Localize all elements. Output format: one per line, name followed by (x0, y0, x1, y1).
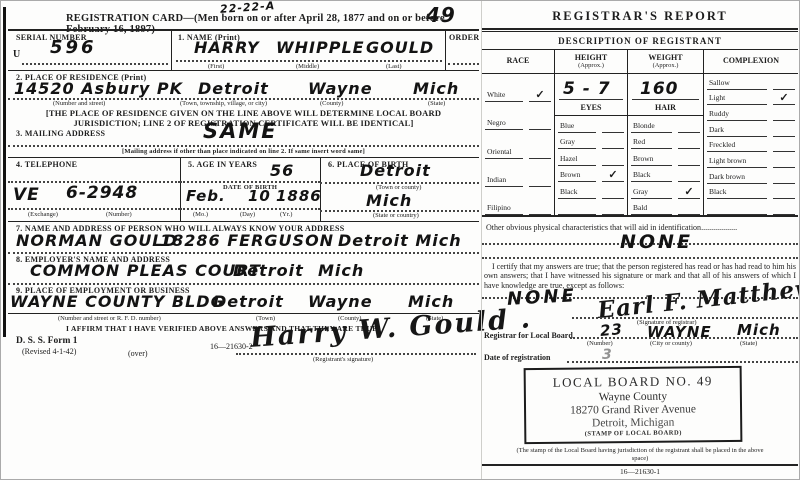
order-number-label: ORDER NUMBER (449, 33, 479, 42)
hair-label: Black (631, 170, 672, 182)
eyes-row-blank (555, 199, 627, 216)
employer-city-value: Detroit (233, 261, 304, 280)
eyes-row: Gray (555, 133, 627, 150)
complexion-row: Light✓ (704, 90, 798, 106)
complexion-checkbox (773, 139, 795, 152)
birth-state-sublabel: (State or country) (373, 212, 419, 219)
dotted-line (8, 283, 479, 285)
registration-card: 22-22-A 49 REGISTRATION CARD—(Men born o… (8, 5, 479, 475)
serial-prefix: U (13, 49, 20, 60)
name-last-sublabel: (Last) (386, 63, 402, 70)
residence-state-value: Mich (413, 79, 459, 98)
eyes-label: Brown (558, 170, 596, 182)
birth-town-sublabel: (Town or county) (376, 184, 421, 191)
registrant-signature-label: (Registrant's signature) (313, 356, 373, 363)
name-first-value: HARRY (194, 38, 260, 57)
race-checkbox: ✓ (529, 89, 551, 102)
stamp-board-name: LOCAL BOARD NO. 49 (553, 373, 713, 391)
dotted-line (482, 257, 798, 259)
dotted-line (180, 181, 320, 183)
complexion-row: Light brown (704, 152, 798, 168)
weight-header: WEIGHT (Approx.) (628, 50, 703, 74)
residence-street-value: 14520 Asbury PK (14, 79, 183, 98)
eyes-checkbox (602, 186, 624, 199)
employment-street-value: WAYNE COUNTY BLDG (10, 292, 225, 311)
complexion-label: Light brown (707, 156, 767, 168)
race-row: Negro (482, 102, 554, 130)
complexion-label: Light (707, 93, 767, 105)
race-checkbox (529, 146, 551, 159)
description-table: RACE White✓ Negro Oriental Indian Filipi… (482, 49, 798, 217)
dotted-line (8, 145, 479, 147)
rule (482, 28, 798, 30)
weight-header-text: WEIGHT (648, 54, 682, 63)
dotted-line (8, 252, 479, 254)
weight-hair-column: WEIGHT (Approx.) 160 HAIR Blonde Red Bro… (627, 50, 703, 215)
eyes-row: Blue (555, 116, 627, 133)
height-header-text: HEIGHT (575, 54, 607, 63)
rule (8, 70, 479, 71)
race-checkbox (529, 117, 551, 130)
eyes-label: Black (558, 187, 596, 199)
race-checkbox (529, 202, 551, 215)
dotted-line (22, 63, 168, 65)
column-divider (445, 29, 446, 70)
mailing-value: SAME (203, 119, 278, 143)
residence-city-value: Detroit (198, 79, 269, 98)
board-city-sublabel: (City or county) (650, 340, 692, 347)
eyes-row: Brown✓ (555, 166, 627, 183)
race-row: Indian (482, 159, 554, 187)
rule (8, 29, 479, 31)
eyes-header: EYES (555, 100, 627, 116)
form-revision: (Revised 4-1-42) (22, 347, 76, 356)
hair-row: Black (628, 166, 703, 183)
eyes-row: Black (555, 182, 627, 199)
dob-day-value: 10 (248, 187, 271, 205)
contact-city-value: Detroit Mich (338, 231, 462, 250)
complexion-checkbox (773, 108, 795, 121)
telephone-number-sublabel: (Number) (106, 211, 132, 218)
name-middle-value: WHIPPLE (276, 38, 365, 57)
stamp-city: Detroit, Michigan (592, 416, 675, 429)
stamp-instruction-note: (The stamp of the Local Board having jur… (510, 447, 770, 463)
form-number-right: 16—21630-1 (482, 467, 798, 476)
board-state-sublabel: (State) (740, 340, 757, 347)
form-number-left: 16—21630-2 (210, 342, 253, 351)
race-label: Indian (485, 175, 523, 187)
telephone-label: 4. TELEPHONE (16, 160, 77, 169)
race-checkbox (529, 174, 551, 187)
contact-address-value: 18286 FERGUSON (160, 231, 334, 250)
column-divider (171, 29, 172, 70)
eyes-label: Blue (558, 121, 596, 133)
complexion-row: Black (704, 184, 798, 200)
race-label: Oriental (485, 147, 523, 159)
employment-county-value: Wayne (308, 292, 373, 311)
dob-year-sublabel: (Yr.) (280, 211, 292, 218)
rule (482, 464, 798, 466)
residence-state-sublabel: (State) (428, 100, 445, 107)
complexion-row: Freckled (704, 137, 798, 153)
race-row: Filipino (482, 187, 554, 215)
eyes-label: Hazel (558, 154, 596, 166)
name-first-sublabel: (First) (208, 63, 224, 70)
hair-checkbox (678, 136, 700, 149)
hair-row: Red (628, 133, 703, 150)
board-number-sublabel: (Number) (587, 340, 613, 347)
complexion-checkbox (773, 171, 795, 184)
age-label: 5. AGE IN YEARS (188, 160, 257, 169)
hair-row: Blonde (628, 116, 703, 133)
complexion-checkbox (773, 186, 795, 199)
rule (8, 157, 479, 158)
complexion-label: Sallow (707, 78, 767, 90)
height-header-sub: (Approx.) (578, 62, 604, 69)
complexion-label: Ruddy (707, 109, 767, 121)
hair-checkbox (678, 153, 700, 166)
eyes-checkbox: ✓ (602, 169, 624, 182)
hair-row: Bald (628, 199, 703, 216)
dob-day-sublabel: (Day) (240, 211, 255, 218)
race-row: White✓ (482, 74, 554, 102)
telephone-exchange-value: VE (13, 185, 40, 205)
height-value: 5 - 7 (563, 79, 611, 99)
race-column: RACE White✓ Negro Oriental Indian Filipi… (482, 50, 554, 215)
weight-value: 160 (640, 79, 679, 99)
hair-row: Brown (628, 149, 703, 166)
complexion-checkbox: ✓ (773, 92, 795, 105)
registration-date-value: 3 (602, 347, 613, 363)
residence-county-sublabel: (County) (320, 100, 343, 107)
report-subtitle: DESCRIPTION OF REGISTRANT (482, 36, 798, 46)
hair-label: Gray (631, 187, 672, 199)
weight-header-sub: (Approx.) (653, 62, 679, 69)
race-row: Oriental (482, 130, 554, 158)
telephone-number-value: 6-2948 (66, 183, 138, 203)
card-title: REGISTRATION CARD—(Men born on or after … (66, 13, 479, 35)
contact-name-value: NORMAN GOULD (16, 231, 178, 250)
dotted-line (8, 208, 180, 210)
complexion-checkbox (773, 155, 795, 168)
complexion-row: Dark brown (704, 168, 798, 184)
rule (8, 221, 479, 222)
race-label: Negro (485, 118, 523, 130)
scanned-draft-registration-card: 22-22-A 49 REGISTRATION CARD—(Men born o… (0, 0, 800, 480)
rule (482, 31, 798, 32)
residence-street-sublabel: (Number and street) (53, 100, 105, 107)
complexion-column: COMPLEXION Sallow Light✓ Ruddy Dark Frec… (703, 50, 798, 215)
height-eyes-column: HEIGHT (Approx.) 5 - 7 EYES Blue Gray Ha… (554, 50, 627, 215)
complexion-row: Ruddy (704, 105, 798, 121)
stamp-caption: (STAMP OF LOCAL BOARD) (585, 429, 682, 437)
column-divider (180, 157, 181, 221)
form-id: D. S. S. Form 1 (16, 336, 78, 346)
dob-year-value: 1886 (276, 187, 322, 205)
stamp-address: 18270 Grand River Avenue (570, 403, 696, 416)
other-characteristics-label: Other obvious physical characteristics t… (486, 223, 737, 232)
certification-exception-value: NONE (506, 285, 577, 310)
dotted-line (236, 353, 476, 355)
name-last-value: GOULD (366, 38, 434, 57)
hair-label: Brown (631, 154, 672, 166)
complexion-label: Black (707, 187, 767, 199)
complexion-checkbox (773, 124, 795, 137)
dotted-line (176, 60, 442, 62)
employer-state-value: Mich (318, 261, 364, 280)
hair-checkbox (678, 202, 700, 215)
complexion-row: Sallow (704, 74, 798, 90)
scan-edge-artifact (3, 7, 6, 337)
hair-header: HAIR (628, 100, 703, 116)
employment-town-value: Detroit (213, 292, 284, 311)
over-note: (over) (128, 349, 148, 358)
dotted-line (448, 63, 479, 65)
height-header: HEIGHT (Approx.) (555, 50, 627, 74)
age-value: 56 (270, 161, 294, 180)
race-header: RACE (482, 50, 554, 74)
eyes-checkbox (602, 136, 624, 149)
hair-checkbox (678, 120, 700, 133)
eyes-checkbox (602, 120, 624, 133)
employment-street-sublabel: (Number and street or R. F. D. number) (58, 315, 161, 322)
registration-date-label: Date of registration (484, 353, 551, 362)
complexion-label: Freckled (707, 140, 767, 152)
complexion-row: Dark (704, 121, 798, 137)
complexion-checkbox (773, 77, 795, 90)
dob-month-sublabel: (Mo.) (193, 211, 208, 218)
mailing-note: [Mailing address if other than place ind… (38, 148, 449, 155)
employer-name-value: COMMON PLEAS COURT (30, 261, 261, 280)
eyes-checkbox (602, 153, 624, 166)
dob-month-value: Feb. (186, 187, 226, 205)
report-title: REGISTRAR'S REPORT (482, 9, 798, 24)
hair-checkbox: ✓ (678, 186, 700, 199)
complexion-row-blank (704, 199, 798, 215)
residence-county-value: Wayne (308, 79, 373, 98)
hair-label: Red (631, 137, 672, 149)
race-label: Filipino (485, 203, 523, 215)
telephone-exchange-sublabel: (Exchange) (28, 211, 58, 218)
complexion-header: COMPLEXION (704, 50, 798, 74)
hair-row: Gray✓ (628, 182, 703, 199)
eyes-label: Gray (558, 137, 596, 149)
hair-label: Blonde (631, 121, 672, 133)
complexion-label: Dark (707, 125, 767, 137)
residence-city-sublabel: (Town, township, village, or city) (180, 100, 267, 107)
race-label: White (485, 90, 523, 102)
name-middle-sublabel: (Middle) (296, 63, 319, 70)
other-characteristics-value: NONE (620, 231, 693, 253)
board-line-label: Registrar for Local Board (484, 331, 573, 340)
hair-label: Bald (631, 203, 672, 215)
local-board-stamp: LOCAL BOARD NO. 49 Wayne County 18270 Gr… (524, 366, 743, 444)
birth-town-value: Detroit (360, 161, 431, 180)
eyes-row: Hazel (555, 149, 627, 166)
board-state-value: Mich (737, 321, 781, 339)
dotted-line (180, 208, 320, 210)
board-city-value: WAYNE (647, 323, 712, 341)
complexion-label: Dark brown (707, 172, 767, 184)
mailing-label: 3. MAILING ADDRESS (16, 129, 105, 138)
registrars-report: REGISTRAR'S REPORT DESCRIPTION OF REGIST… (481, 1, 799, 479)
stamp-county: Wayne County (599, 390, 668, 403)
birth-state-value: Mich (366, 191, 412, 210)
serial-number-value: 596 (50, 37, 97, 58)
hair-checkbox (678, 169, 700, 182)
